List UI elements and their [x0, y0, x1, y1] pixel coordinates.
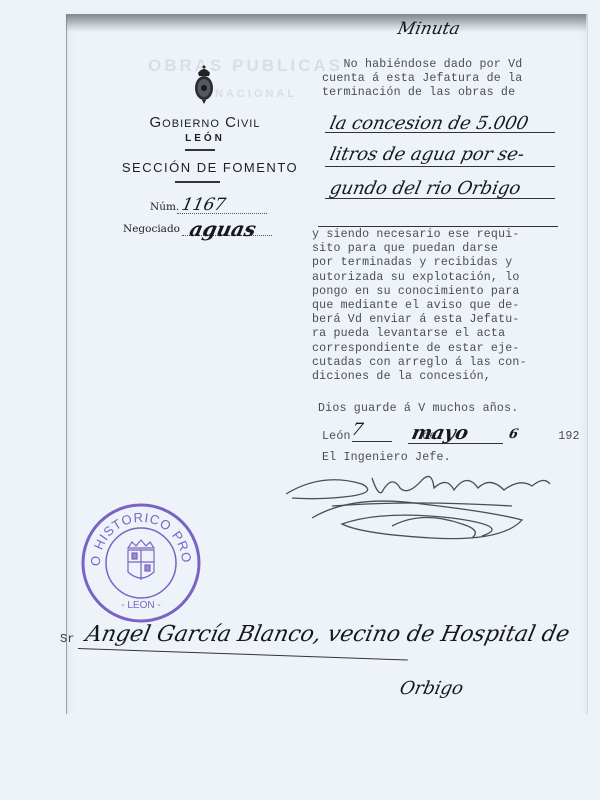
header-divider-1	[185, 149, 215, 151]
body-paragraph: y siendo necesario ese requi- sito para …	[312, 228, 527, 384]
royal-crest-icon	[190, 64, 218, 106]
stamp-bottom-text: - LEON -	[121, 600, 160, 611]
underline-2	[325, 166, 555, 167]
minuta-heading: Minuta	[396, 19, 462, 39]
handwritten-line-3: gundo del rio Orbigo	[328, 178, 523, 199]
day-underline	[352, 441, 392, 442]
bleed-through-text-1: OBRAS PUBLICAS	[148, 56, 343, 76]
addressee-prefix: Sr	[60, 632, 74, 646]
month-underline	[408, 443, 503, 444]
underline-1	[325, 132, 555, 133]
addressee-line-1: Angel García Blanco, vecino de Hospital …	[83, 622, 571, 647]
num-value: 1167	[180, 195, 228, 215]
header-divider-2	[175, 181, 220, 183]
negociado-value: aguas	[187, 217, 258, 241]
section-name: SECCIÓN DE FOMENTO	[110, 160, 310, 175]
closing-line: Dios guarde á V muchos años.	[318, 402, 518, 416]
underline-3	[325, 198, 555, 199]
date-year-prefix: 192	[558, 430, 579, 443]
office-name: Gobierno Civil	[130, 114, 280, 131]
office-city: LEÓN	[130, 133, 280, 144]
handwritten-line-2: litros de agua por se-	[328, 144, 526, 165]
archive-stamp: ARCHIVO HISTORICO PROVINCIAL - LEON -	[78, 500, 204, 626]
handwritten-line-1: la concesion de 5.000	[328, 113, 530, 134]
addressee-line-2: Orbigo	[398, 678, 465, 699]
underline-4	[318, 226, 558, 227]
date-place: León	[322, 430, 351, 443]
coat-of-arms-icon	[128, 540, 154, 580]
intro-paragraph: No habiéndose dado por Vd cuenta á esta …	[322, 58, 522, 101]
bleed-through-text-2: NACIONAL	[215, 88, 297, 100]
signer-title: El Ingeniero Jefe.	[322, 451, 451, 465]
date-month: mayo	[410, 422, 471, 444]
signature-flourish-icon	[282, 466, 562, 546]
num-label: Núm.	[150, 201, 179, 213]
negociado-label: Negociado	[123, 223, 180, 235]
